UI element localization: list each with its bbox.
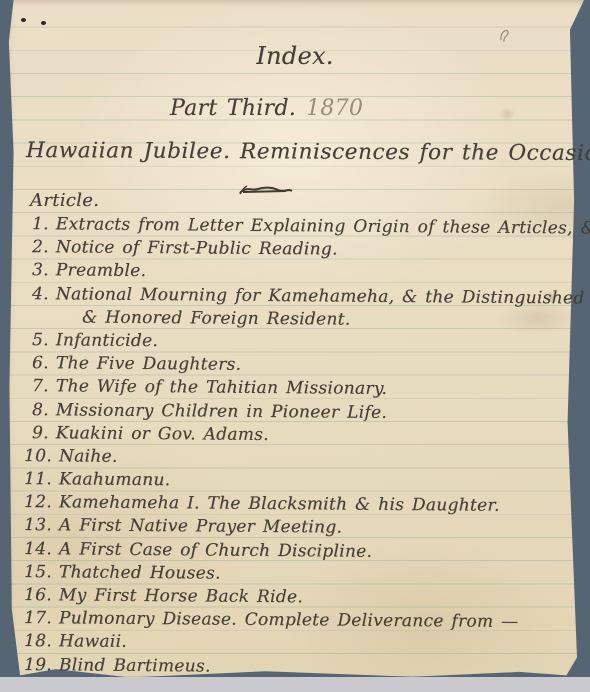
part-label: Part Third.	[170, 96, 296, 121]
item-number: 7.	[32, 375, 49, 398]
item-text: & Honored Foreign Resident.	[82, 307, 351, 329]
item-text: The Five Daughters.	[56, 353, 242, 374]
item-number: 12.	[24, 491, 52, 514]
manuscript-content: Index. Part Third.1870 Hawaiian Jubilee.…	[0, 0, 590, 692]
item-text: Infanticide.	[56, 330, 158, 351]
item-text: Missionary Children in Pioneer Life.	[56, 400, 387, 423]
item-text: Extracts from Letter Explaining Origin o…	[56, 214, 590, 239]
ink-dot	[41, 21, 46, 25]
item-number: 13.	[24, 514, 52, 537]
item-number: 18.	[24, 630, 52, 653]
item-text: My First Horse Back Ride.	[59, 585, 303, 607]
item-text: Hawaii.	[59, 632, 127, 653]
item-number: 14.	[24, 538, 52, 561]
item-text: Thatched Houses.	[59, 562, 221, 583]
ink-dot	[21, 18, 26, 22]
item-number: 8.	[32, 399, 49, 422]
item-number: 2.	[32, 236, 49, 259]
item-number: 5.	[32, 329, 49, 352]
item-text: Kamehameha I. The Blacksmith & his Daugh…	[59, 493, 500, 516]
document-subtitle: Part Third.1870	[170, 96, 363, 121]
item-number: 17.	[24, 607, 52, 630]
item-text: Notice of First-Public Reading.	[56, 237, 338, 259]
index-item-19: 19.Blind Bartimeus.	[18, 654, 588, 682]
item-text: Pulmonary Disease. Complete Deliverance …	[59, 609, 519, 633]
section-label: Article.	[30, 190, 99, 211]
item-text: The Wife of the Tahitian Missionary.	[56, 377, 387, 400]
item-text: Blind Bartimeus.	[59, 655, 211, 676]
item-text: A First Native Prayer Meeting.	[59, 516, 342, 538]
item-text: Naihe.	[59, 446, 118, 466]
item-number: 9.	[32, 422, 49, 445]
item-number: 15.	[24, 561, 52, 584]
item-text: Preamble.	[56, 261, 147, 282]
item-number: 1.	[32, 213, 49, 236]
item-text: A First Case of Church Discipline.	[59, 539, 372, 561]
index-list: 1.Extracts from Letter Explaining Origin…	[18, 213, 588, 677]
scratched-out-word	[238, 182, 294, 201]
item-number: 16.	[24, 584, 52, 607]
item-number: 4.	[32, 283, 49, 306]
item-number: 10.	[24, 445, 52, 468]
year-label: 1870	[306, 96, 363, 121]
item-number: 11.	[24, 468, 52, 491]
scanned-page: Index. Part Third.1870 Hawaiian Jubilee.…	[0, 0, 590, 692]
item-text: Kuakini or Gov. Adams.	[56, 423, 269, 445]
item-number: 19.	[24, 654, 52, 677]
item-number: 3.	[32, 259, 49, 282]
item-text: Kaahumanu.	[59, 469, 171, 490]
document-heading: Hawaiian Jubilee. Reminiscences for the …	[26, 138, 590, 166]
item-text: National Mourning for Kamehameha, & the …	[56, 284, 585, 308]
item-number: 6.	[32, 352, 49, 375]
document-title: Index.	[0, 42, 590, 70]
